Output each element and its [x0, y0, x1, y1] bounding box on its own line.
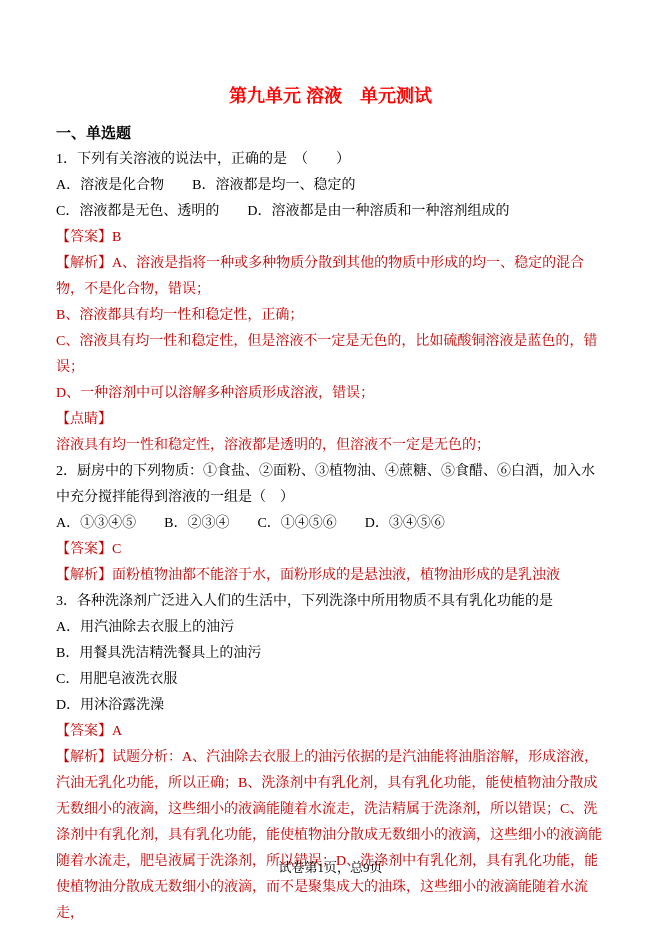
page-footer: 试卷第1页，总9页	[0, 858, 661, 878]
question-1-analysis-c: C、溶液具有均一性和稳定性，但是溶液不一定是无色的，比如硫酸铜溶液是蓝色的，错误…	[56, 329, 605, 381]
question-3-analysis: 【解析】试题分析：A、汽油除去衣服上的油污依据的是汽油能将油脂溶解，形成溶液，汽…	[56, 745, 605, 927]
question-3-option-d: D．用沐浴露洗澡	[56, 693, 605, 719]
question-3-option-b: B．用餐具洗洁精洗餐具上的油污	[56, 641, 605, 667]
question-1-stem: 1．下列有关溶液的说法中，正确的是 （ ）	[56, 147, 605, 173]
question-1-analysis-d: D、一种溶剂中可以溶解多种溶质形成溶液，错误；	[56, 381, 605, 407]
question-3-answer: 【答案】A	[56, 719, 605, 745]
question-3-option-c: C．用肥皂液洗衣服	[56, 667, 605, 693]
question-2-options: A．①③④⑤ B．②③④ C．①④⑤⑥ D．③④⑤⑥	[56, 511, 605, 537]
question-1-options-cd: C．溶液都是无色、透明的 D．溶液都是由一种溶质和一种溶剂组成的	[56, 199, 605, 225]
question-1-answer: 【答案】B	[56, 225, 605, 251]
document-page: 第九单元 溶液 单元测试 一、单选题 1．下列有关溶液的说法中，正确的是 （ ）…	[0, 0, 661, 936]
document-title: 第九单元 溶液 单元测试	[56, 84, 605, 108]
question-3-option-a: A．用汽油除去衣服上的油污	[56, 615, 605, 641]
question-2-stem: 2．厨房中的下列物质：①食盐、②面粉、③植物油、④蔗糖、⑤食醋、⑥白酒，加入水中…	[56, 459, 605, 511]
question-3-stem: 3．各种洗涤剂广泛进入人们的生活中，下列洗涤中所用物质不具有乳化功能的是	[56, 589, 605, 615]
question-1-tip: 溶液具有均一性和稳定性，溶液都是透明的，但溶液不一定是无色的；	[56, 433, 605, 459]
question-2-analysis: 【解析】面粉植物油都不能溶于水，面粉形成的是悬浊液，植物油形成的是乳浊液	[56, 563, 605, 589]
question-1-analysis-b: B、溶液都具有均一性和稳定性，正确；	[56, 303, 605, 329]
question-2-answer: 【答案】C	[56, 537, 605, 563]
question-1-tip-label: 【点睛】	[56, 407, 605, 433]
section-heading: 一、单选题	[56, 121, 605, 147]
question-1-options-ab: A．溶液是化合物 B．溶液都是均一、稳定的	[56, 173, 605, 199]
question-1-analysis-a: 【解析】A、溶液是指将一种或多种物质分散到其他的物质中形成的均一、稳定的混合物，…	[56, 251, 605, 303]
